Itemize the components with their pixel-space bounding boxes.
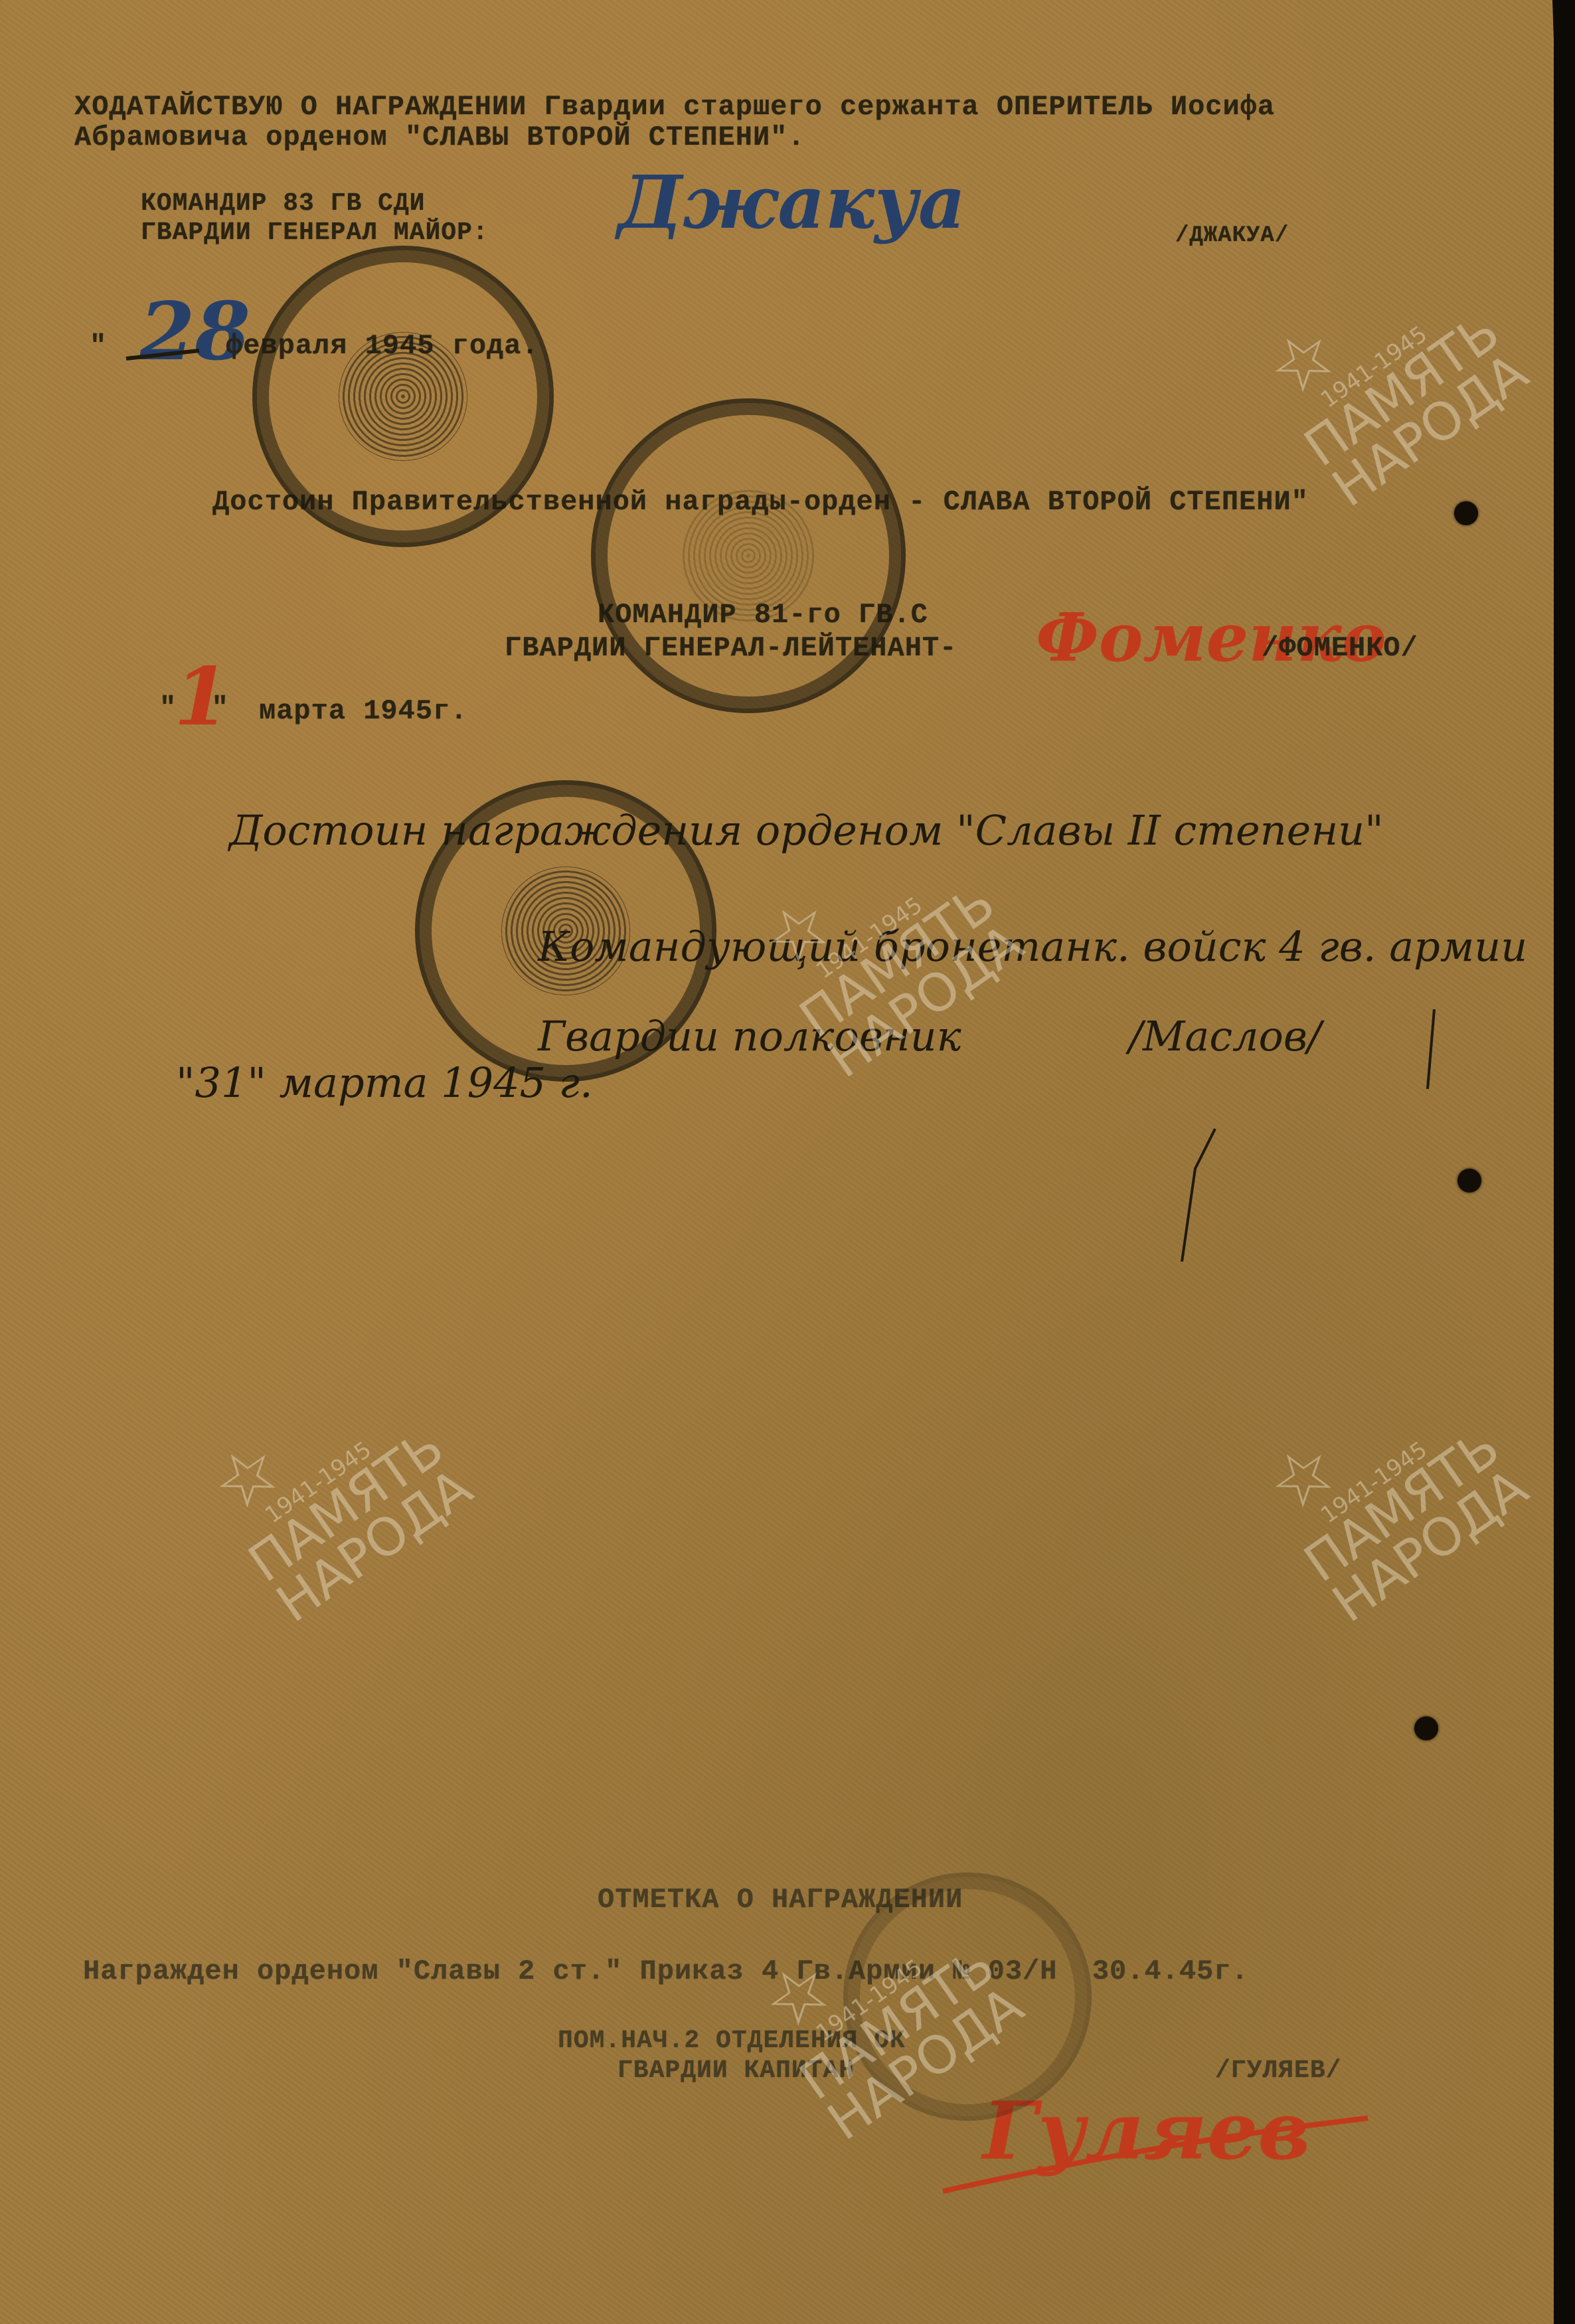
document-page: ХОДАТАЙСТВУЮ О НАГРАЖДЕНИИ Гвардии старш… (0, 0, 1554, 2324)
punch-hole (1454, 501, 1478, 525)
punch-hole (1414, 1716, 1438, 1740)
punch-hole (1457, 1169, 1481, 1193)
